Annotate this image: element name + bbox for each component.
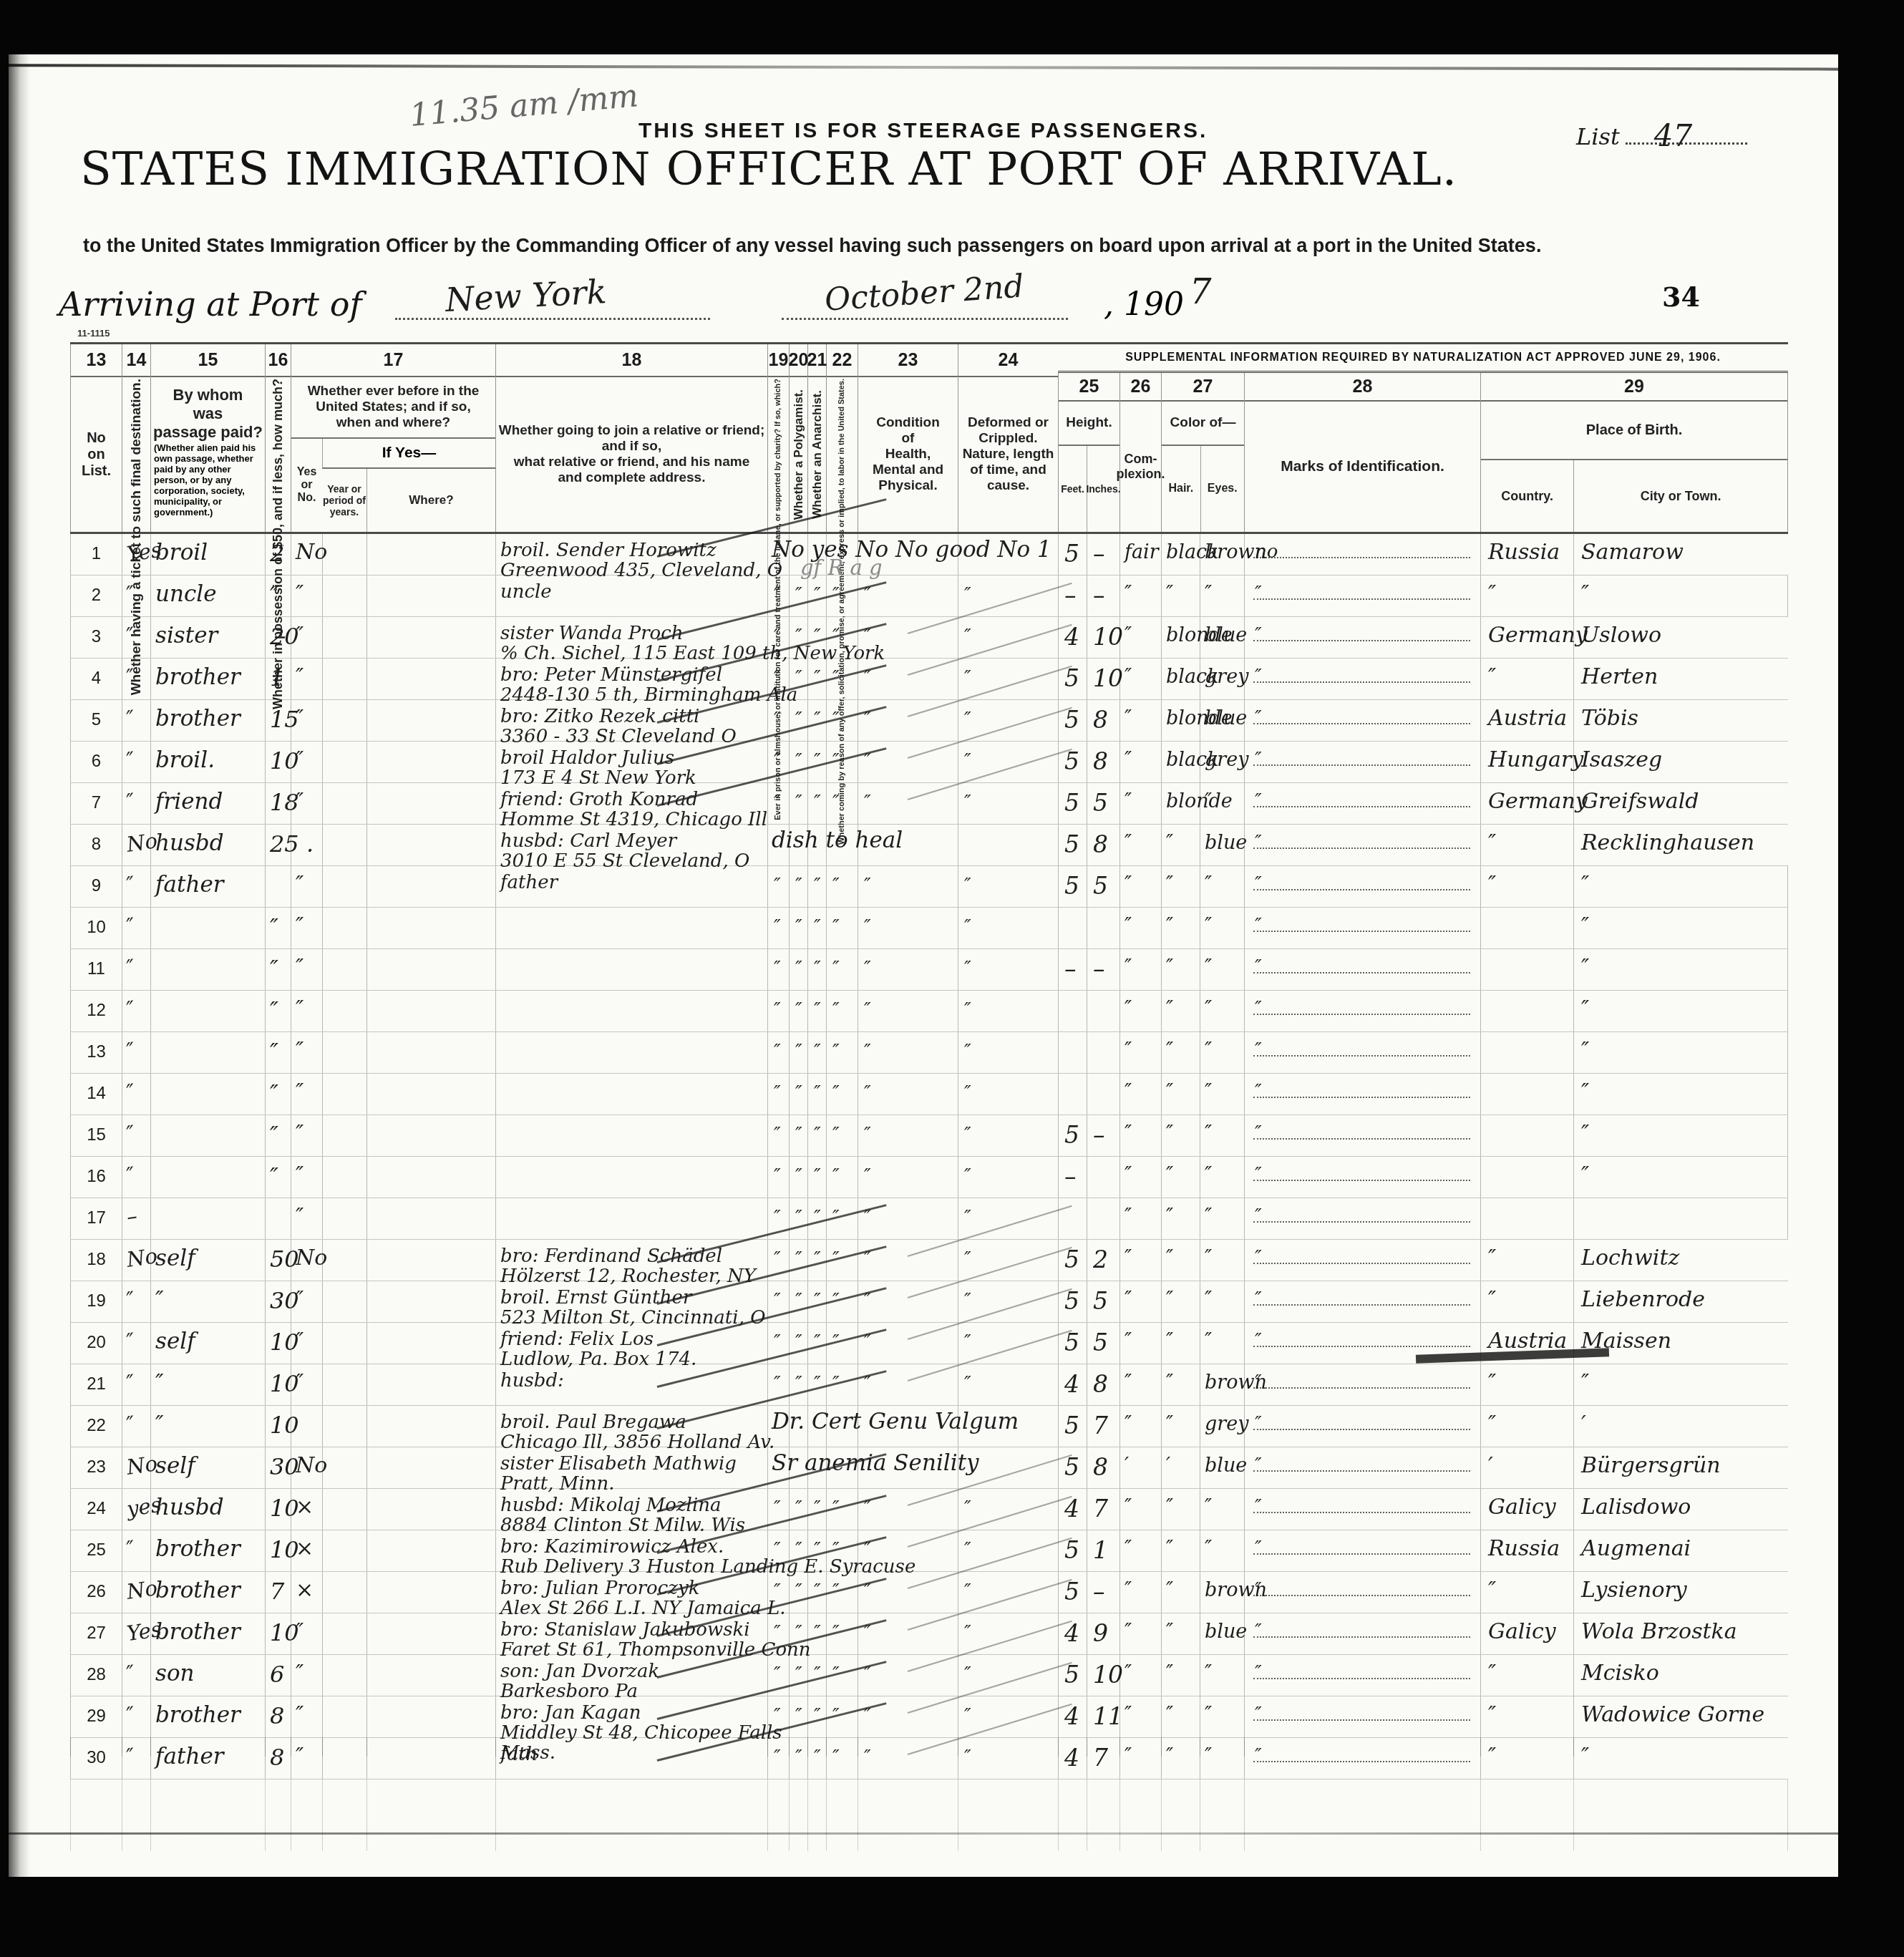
cell-eye-color: blue — [1200, 1447, 1244, 1488]
cell-row-number: 19 — [70, 1281, 122, 1322]
cell-polygamist: ″ — [789, 1198, 807, 1239]
cell-joining-address — [495, 908, 767, 948]
cell-deformed: ″ — [958, 1530, 1058, 1571]
table-header: SUPPLEMENTAL INFORMATION REQUIRED BY NAT… — [70, 342, 1788, 534]
cell-labor-contract: ″ — [826, 866, 858, 907]
cell-marks: ″ — [1244, 1198, 1480, 1239]
cell-complexion: ″ — [1119, 866, 1161, 907]
cell-marks: ″ — [1244, 783, 1480, 824]
cell-row-number: 18 — [70, 1240, 122, 1281]
cell-marks: ″ — [1244, 1530, 1480, 1571]
cell-before-us-yesno: ″ — [291, 742, 322, 782]
cell-before-us-where — [366, 1447, 495, 1488]
cell-passage-paid-by: brother — [150, 659, 265, 699]
cell-birth-country: Galicy — [1480, 1489, 1573, 1530]
cell-before-us-year — [322, 1655, 366, 1696]
cell-hair-color: ″ — [1161, 1489, 1200, 1530]
cell-height-feet: 5 — [1058, 1323, 1087, 1364]
port-value: New York — [445, 272, 608, 319]
cell-money: 20 — [265, 617, 291, 658]
cell-height-feet: 5 — [1058, 1115, 1087, 1156]
cell-birth-country: ″ — [1480, 1240, 1573, 1281]
cell-birth-country: ′ — [1480, 1447, 1573, 1488]
table-row: 9″father″father″″″″″″55″″″″″″ — [70, 866, 1788, 908]
cell-complexion: ″ — [1119, 949, 1161, 990]
cell-before-us-year — [322, 1323, 366, 1364]
cell-passage-paid-by: father — [150, 1738, 265, 1779]
cell-passage-paid-by: brother — [150, 1613, 265, 1654]
manifest-table: SUPPLEMENTAL INFORMATION REQUIRED BY NAT… — [70, 342, 1788, 1851]
cell-hair-color: ″ — [1161, 949, 1200, 990]
cell-anarchist: ″ — [807, 1323, 826, 1364]
cell-complexion: ′ — [1119, 1447, 1161, 1488]
cell-anarchist: ″ — [807, 1655, 826, 1696]
cell-health: ″ — [858, 1032, 958, 1073]
cell-height-inches: 7 — [1087, 1406, 1119, 1447]
cell-hair-color: ″ — [1161, 1115, 1200, 1156]
cell-passage-paid-by: son — [150, 1655, 265, 1696]
cell-eye-color: ″ — [1200, 1074, 1244, 1115]
cell-passage-paid-by — [150, 991, 265, 1031]
cell-joining-address: father — [495, 866, 767, 907]
cell-birth-city: Liebenrode — [1573, 1281, 1788, 1322]
date-blank — [782, 318, 1068, 320]
cell-row-number: 13 — [70, 1032, 122, 1073]
cell-hair-color: black — [1161, 659, 1200, 699]
table-row: 21″″10″husbd:″″″″″″48″″brown″″″ — [70, 1364, 1788, 1406]
cell-passage-paid-by: broil — [150, 534, 265, 575]
cell-before-us-yesno: ″ — [291, 908, 322, 948]
cell-birth-city: ″ — [1573, 991, 1788, 1031]
col-passage-paid: 15 By whom was passage paid? (Whether al… — [150, 344, 265, 532]
cell-birth-country: ″ — [1480, 825, 1573, 865]
cell-polygamist: ″ — [789, 1323, 807, 1364]
table-row: 17–″″″″″″″″″″″ — [70, 1198, 1788, 1240]
cell-before-us-where — [366, 1074, 495, 1115]
cell-marks: ″ — [1244, 825, 1480, 865]
col-ticket: 14 Whether having a ticket to such final… — [122, 344, 150, 532]
cell-row-number: 14 — [70, 1074, 122, 1115]
cell-ticket: No — [122, 825, 150, 865]
cell-before-us-yesno: ″ — [291, 1074, 322, 1115]
table-row: 16″″″″″″″″″–″″″″″ — [70, 1157, 1788, 1198]
cell-height-inches: – — [1087, 576, 1119, 616]
cell-passage-paid-by: father — [150, 866, 265, 907]
cell-passage-paid-by: sister — [150, 617, 265, 658]
cell-deformed: ″ — [958, 1489, 1058, 1530]
cell-hair-color: ″ — [1161, 1281, 1200, 1322]
cell-before-us-year — [322, 534, 366, 575]
col-inches: Inches. — [1087, 446, 1119, 532]
cell-money: ″ — [265, 1074, 291, 1115]
cell-money: 10 — [265, 1489, 291, 1530]
table-row: 8Nohusbd25 .husbd: Carl Meyer3010 E 55 S… — [70, 825, 1788, 866]
cell-before-us-yesno: ″ — [291, 1198, 322, 1239]
table-row: 2″uncle″″uncle″″″″″″––″″″″″″ — [70, 576, 1788, 617]
form-number: 11-1115 — [77, 328, 110, 339]
cell-birth-country — [1480, 908, 1573, 948]
cell-height-inches: 5 — [1087, 866, 1119, 907]
cell-money: 6 — [265, 1655, 291, 1696]
cell-birth-country: ″ — [1480, 659, 1573, 699]
cell-hair-color: ″ — [1161, 1198, 1200, 1239]
cell-hair-color: ″ — [1161, 825, 1200, 865]
cell-eye-color: ″ — [1200, 949, 1244, 990]
table-row: 23Noself30Nosister Elisabeth MathwigPrat… — [70, 1447, 1788, 1489]
cell-before-us-where — [366, 742, 495, 782]
cell-height-feet: 4 — [1058, 1489, 1087, 1530]
cell-labor-contract: ″ — [826, 783, 858, 824]
cell-before-us-where — [366, 866, 495, 907]
cell-height-inches: – — [1087, 1115, 1119, 1156]
cell-eye-color: blue — [1200, 1613, 1244, 1654]
cell-complexion: ″ — [1119, 1240, 1161, 1281]
cell-passage-paid-by: brother — [150, 700, 265, 741]
cell-height-feet: 5 — [1058, 534, 1087, 575]
cell-birth-city — [1573, 1198, 1788, 1239]
handwritten-remark: dish to heal — [772, 827, 903, 853]
cell-row-number: 11 — [70, 949, 122, 990]
cell-marks: ″ — [1244, 1655, 1480, 1696]
cell-before-us-where — [366, 1281, 495, 1322]
cell-deformed: ″ — [958, 742, 1058, 782]
col-color-of: 27 Color of— Hair. Eyes. — [1161, 373, 1244, 532]
cell-marks: ″ — [1244, 576, 1480, 616]
cell-deformed: ″ — [958, 866, 1058, 907]
cell-money: ″ — [265, 1115, 291, 1156]
cell-anarchist: ″ — [807, 1738, 826, 1779]
cell-money — [265, 1198, 291, 1239]
cell-polygamist: ″ — [789, 1655, 807, 1696]
cell-birth-city: ″ — [1573, 1738, 1788, 1779]
cell-complexion: ″ — [1119, 659, 1161, 699]
cell-hair-color: ″ — [1161, 1240, 1200, 1281]
cell-before-us-year — [322, 1032, 366, 1073]
table-row: 11″″″″″″″″″––″″″″″ — [70, 949, 1788, 991]
cell-eye-color: ″ — [1200, 1489, 1244, 1530]
cell-labor-contract: ″ — [826, 908, 858, 948]
cell-deformed: ″ — [958, 1323, 1058, 1364]
cell-birth-city: ″ — [1573, 576, 1788, 616]
cell-before-us-where — [366, 534, 495, 575]
cell-money: 50 — [265, 1240, 291, 1281]
cell-polygamist: ″ — [789, 1074, 807, 1115]
col-joining: 18 Whether going to join a relative or f… — [495, 344, 767, 532]
cell-money: 25 . — [265, 825, 291, 865]
cell-row-number: 10 — [70, 908, 122, 948]
cell-ticket: ″ — [122, 742, 150, 782]
cell-before-us-yesno: ″ — [291, 1157, 322, 1198]
cell-height-feet: 5 — [1058, 742, 1087, 782]
cell-height-inches: 2 — [1087, 1240, 1119, 1281]
cell-ticket: ″ — [122, 1655, 150, 1696]
cell-birth-city: Augmenai — [1573, 1530, 1788, 1571]
cell-money: 2 — [265, 534, 291, 575]
col-feet: Feet. — [1059, 446, 1087, 532]
cell-height-inches: 10 — [1087, 659, 1119, 699]
cell-ticket: ″ — [122, 949, 150, 990]
cell-passage-paid-by — [150, 1157, 265, 1198]
cell-deformed: ″ — [958, 1074, 1058, 1115]
cell-height-inches: 10 — [1087, 617, 1119, 658]
scan-border-right — [1838, 0, 1904, 1957]
cell-eye-color: ″ — [1200, 1240, 1244, 1281]
cell-eye-color: ″ — [1200, 1655, 1244, 1696]
cell-ticket: ″ — [122, 1364, 150, 1405]
cell-passage-paid-by: husbd — [150, 1489, 265, 1530]
cell-height-inches: 5 — [1087, 783, 1119, 824]
cell-deformed: ″ — [958, 1157, 1058, 1198]
cell-money: 10 — [265, 1406, 291, 1447]
cell-marks: ″ — [1244, 1406, 1480, 1447]
cell-before-us-yesno: ″ — [291, 949, 322, 990]
cell-birth-country: Russia — [1480, 534, 1573, 575]
cell-height-feet: – — [1058, 1157, 1087, 1198]
cell-complexion: ″ — [1119, 1074, 1161, 1115]
scan-frame: 11.35 am /mm THIS SHEET IS FOR STEERAGE … — [0, 0, 1904, 1957]
cell-prison: ″ — [767, 991, 789, 1031]
cell-hair-color: ″ — [1161, 1530, 1200, 1571]
cell-before-us-yesno: ″ — [291, 1323, 322, 1364]
cell-health: ″ — [858, 1198, 958, 1239]
cell-before-us-where — [366, 1572, 495, 1613]
cell-labor-contract: ″ — [826, 991, 858, 1031]
cell-hair-color: ″ — [1161, 576, 1200, 616]
cell-deformed: ″ — [958, 1281, 1058, 1322]
year-handwritten: 7 — [1190, 272, 1212, 312]
cell-eye-color: blue — [1200, 700, 1244, 741]
cell-row-number: 26 — [70, 1572, 122, 1613]
cell-money: 10 — [265, 1613, 291, 1654]
cell-height-feet: 5 — [1058, 1530, 1087, 1571]
cell-anarchist: ″ — [807, 1489, 826, 1530]
cell-polygamist: ″ — [789, 1281, 807, 1322]
paper-bottom-rule — [9, 1832, 1838, 1835]
cell-before-us-yesno: ″ — [291, 1281, 322, 1322]
arriving-line: Arriving at Port of New York October 2nd… — [59, 281, 1820, 334]
cell-row-number: 8 — [70, 825, 122, 865]
cell-ticket: ″ — [122, 1530, 150, 1571]
cell-deformed: ″ — [958, 700, 1058, 741]
col-birth-country: Country. — [1481, 460, 1573, 532]
cell-money: ″ — [265, 1032, 291, 1073]
year-printed: , 190 — [1104, 286, 1184, 323]
cell-birth-city: Uslowo — [1573, 617, 1788, 658]
cell-ticket: ″ — [122, 1406, 150, 1447]
cell-anarchist: ″ — [807, 1572, 826, 1613]
cell-anarchist: ″ — [807, 1032, 826, 1073]
cell-before-us-year — [322, 1157, 366, 1198]
cell-before-us-where — [366, 991, 495, 1031]
cell-ticket: No — [122, 1240, 150, 1281]
cell-birth-city: ″ — [1573, 1115, 1788, 1156]
list-number-value: 47 — [1654, 118, 1692, 153]
col-anarchist: 21 Whether an Anarchist. — [807, 344, 826, 532]
cell-money: ″ — [265, 1157, 291, 1198]
cell-hair-color: ″ — [1161, 1364, 1200, 1405]
cell-row-number: 5 — [70, 700, 122, 741]
cell-before-us-yesno: No — [291, 1447, 322, 1488]
cell-joining-address: sister Elisabeth MathwigPratt, Minn. — [495, 1447, 767, 1488]
cell-height-inches: 8 — [1087, 1364, 1119, 1405]
cell-before-us-where — [366, 1032, 495, 1073]
cell-labor-contract: ″ — [826, 1074, 858, 1115]
cell-polygamist: ″ — [789, 1115, 807, 1156]
cell-health: ″ — [858, 866, 958, 907]
cell-eye-color: ″ — [1200, 866, 1244, 907]
cell-birth-city: Mcisko — [1573, 1655, 1788, 1696]
cell-passage-paid-by: broil. — [150, 742, 265, 782]
cell-complexion: ″ — [1119, 576, 1161, 616]
cell-before-us-yesno: ″ — [291, 1655, 322, 1696]
cell-row-number: 28 — [70, 1655, 122, 1696]
page-subtitle: to the United States Immigration Officer… — [83, 235, 1541, 257]
cell-passage-paid-by — [150, 1032, 265, 1073]
cell-row-number: 27 — [70, 1613, 122, 1654]
cell-before-us-where — [366, 1738, 495, 1779]
cell-complexion: ″ — [1119, 1530, 1161, 1571]
cell-birth-city: Greifswald — [1573, 783, 1788, 824]
manifest-sheet: 11.35 am /mm THIS SHEET IS FOR STEERAGE … — [9, 54, 1838, 1877]
cell-height-inches — [1087, 1198, 1119, 1239]
cell-anarchist: ″ — [807, 576, 826, 616]
cell-polygamist: ″ — [789, 949, 807, 990]
cell-ticket: ″ — [122, 1323, 150, 1364]
cell-before-us-yesno: ″ — [291, 1115, 322, 1156]
cell-height-feet: 5 — [1058, 783, 1087, 824]
cell-hair-color: ″ — [1161, 1406, 1200, 1447]
cell-marks: ″ — [1244, 1157, 1480, 1198]
cell-passage-paid-by: husbd — [150, 825, 265, 865]
handwritten-time-note: 11.35 am /mm — [408, 77, 639, 134]
cell-before-us-year — [322, 1530, 366, 1571]
cell-labor-contract: ″ — [826, 1738, 858, 1779]
scan-artifact-line — [9, 64, 1838, 70]
cell-marks: ″ — [1244, 1613, 1480, 1654]
cell-birth-country: ″ — [1480, 1406, 1573, 1447]
cell-row-number: 2 — [70, 576, 122, 616]
table-row: 5″brother15″bro: Zitko Rezek citti3360 -… — [70, 700, 1788, 742]
cell-height-inches: – — [1087, 534, 1119, 575]
cell-height-feet: – — [1058, 949, 1087, 990]
table-row: 13″″″″″″″″″″″″″″ — [70, 1032, 1788, 1074]
cell-eye-color: blue — [1200, 825, 1244, 865]
cell-height-inches: 9 — [1087, 1613, 1119, 1654]
col-money: 16 Whether in possession of $50, and if … — [265, 344, 291, 532]
cell-before-us-year — [322, 1074, 366, 1115]
cell-joining-address — [495, 1115, 767, 1156]
arriving-label: Arriving at Port of — [59, 285, 361, 324]
cell-polygamist: ″ — [789, 1364, 807, 1405]
cell-before-us-yesno: ″ — [291, 1738, 322, 1779]
cell-money: 10 — [265, 742, 291, 782]
cell-before-us-yesno: ″ — [291, 659, 322, 699]
col-polygamist: 20 Whether a Polygamist. — [789, 344, 807, 532]
cell-labor-contract: ″ — [826, 1115, 858, 1156]
table-row: 28″son6″son: Jan DvorzakBarkesboro Pa″″″… — [70, 1655, 1788, 1696]
cell-before-us-where — [366, 1198, 495, 1239]
cell-height-feet — [1058, 1032, 1087, 1073]
cell-complexion: ″ — [1119, 700, 1161, 741]
cell-deformed: ″ — [958, 949, 1058, 990]
cell-eye-color: brown — [1200, 1572, 1244, 1613]
cell-row-number: 21 — [70, 1364, 122, 1405]
cell-joining-address — [495, 1074, 767, 1115]
cell-row-number: 30 — [70, 1738, 122, 1779]
table-row: 1Yesbroil2Nobroil. Sender HorowitzGreenw… — [70, 534, 1788, 576]
cell-complexion: fair — [1119, 534, 1161, 575]
cell-ticket: Yes — [122, 1613, 150, 1654]
cell-ticket: ″ — [122, 1157, 150, 1198]
cell-before-us-year — [322, 908, 366, 948]
cell-height-feet: 5 — [1058, 825, 1087, 865]
cell-passage-paid-by: uncle — [150, 576, 265, 616]
cell-anarchist: ″ — [807, 742, 826, 782]
cell-hair-color: ″ — [1161, 866, 1200, 907]
cell-deformed: ″ — [958, 576, 1058, 616]
cell-height-inches: 8 — [1087, 700, 1119, 741]
cell-deformed: ″ — [958, 1115, 1058, 1156]
cell-row-number: 25 — [70, 1530, 122, 1571]
cell-money: 18 — [265, 783, 291, 824]
cell-before-us-yesno: ″ — [291, 866, 322, 907]
cell-anarchist: ″ — [807, 1198, 826, 1239]
cell-ticket: ″ — [122, 1281, 150, 1322]
cell-height-feet: 5 — [1058, 1240, 1087, 1281]
cell-eye-color: ″ — [1200, 1530, 1244, 1571]
cell-anarchist: ″ — [807, 1115, 826, 1156]
cell-birth-country: Russia — [1480, 1530, 1573, 1571]
cell-hair-color: blonde — [1161, 783, 1200, 824]
scan-border-top — [0, 0, 1904, 54]
cell-row-number: 16 — [70, 1157, 122, 1198]
cell-height-inches: 8 — [1087, 1447, 1119, 1488]
cell-before-us-where — [366, 1613, 495, 1654]
cell-hair-color: ″ — [1161, 991, 1200, 1031]
cell-joining-address: husbd: Carl Meyer3010 E 55 St Cleveland,… — [495, 825, 767, 865]
cell-height-feet — [1058, 1198, 1087, 1239]
cell-height-inches: 7 — [1087, 1489, 1119, 1530]
col-birth-city: City or Town. — [1573, 460, 1787, 532]
col-no-on-list: 13 No on List. — [70, 344, 122, 532]
col-before-in-us: 17 Whether ever before in the United Sta… — [291, 344, 495, 532]
cell-money: 10 — [265, 1530, 291, 1571]
cell-eye-color: blue — [1200, 617, 1244, 658]
cell-birth-country — [1480, 1198, 1573, 1239]
cell-passage-paid-by: ″ — [150, 1406, 265, 1447]
cell-before-us-year — [322, 949, 366, 990]
supplemental-banner: SUPPLEMENTAL INFORMATION REQUIRED BY NAT… — [1058, 344, 1788, 373]
col-labor-contract: 22 Whether coming by reason of any offer… — [826, 344, 858, 532]
cell-birth-country — [1480, 1115, 1573, 1156]
cell-money: 7 — [265, 1572, 291, 1613]
cell-money: 1 — [265, 659, 291, 699]
cell-before-us-where — [366, 1323, 495, 1364]
cell-complexion: ″ — [1119, 1613, 1161, 1654]
cell-anarchist: ″ — [807, 1157, 826, 1198]
table-row: 26Nobrother7×bro: Julian ProroczykAlex S… — [70, 1572, 1788, 1613]
cell-anarchist: ″ — [807, 1281, 826, 1322]
cell-complexion: ″ — [1119, 1323, 1161, 1364]
cell-ticket: ″ — [122, 1115, 150, 1156]
cell-before-us-yesno: × — [291, 1572, 322, 1613]
cell-before-us-year — [322, 1115, 366, 1156]
cell-deformed: ″ — [958, 1364, 1058, 1405]
cell-ticket: ″ — [122, 783, 150, 824]
cell-birth-city: Wola Brzostka — [1573, 1613, 1788, 1654]
cell-before-us-where — [366, 949, 495, 990]
cell-before-us-where — [366, 1489, 495, 1530]
